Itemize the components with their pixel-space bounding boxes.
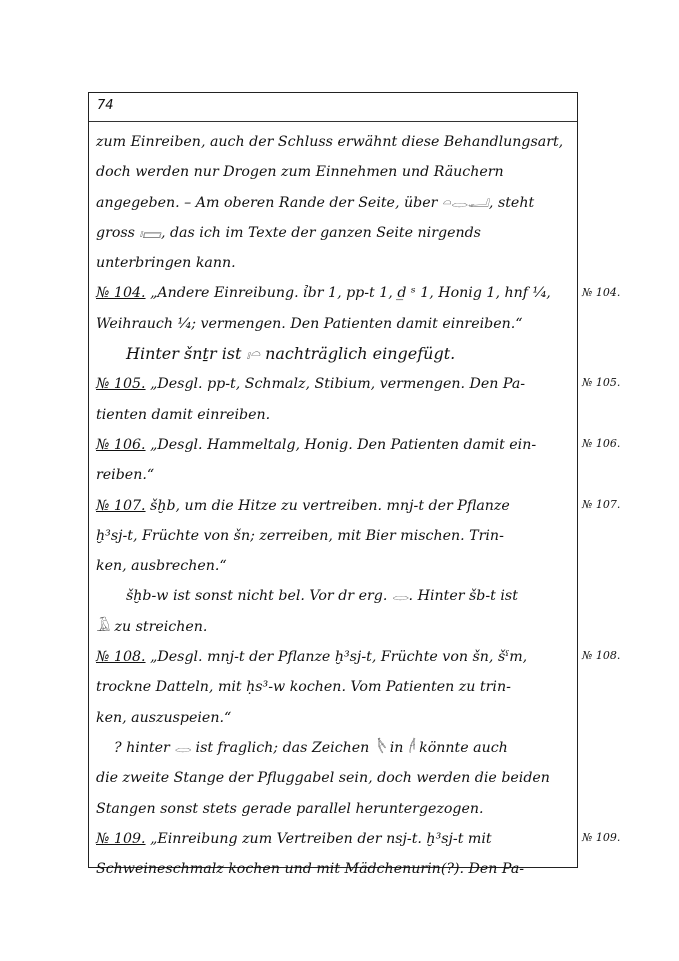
text-line: ? hinter 𓂋 ist fraglich; das Zeichen 𓌸 i… [96, 733, 573, 763]
text-line: 𓄿 zu streichen. [96, 612, 573, 642]
line-text: gross 𓏤𓈙, das ich im Texte der ganzen Se… [96, 225, 481, 241]
line-text: angegeben. – Am oberen Rande der Seite, … [96, 195, 534, 211]
entry-line: № 105. „Desgl. pp-t, Schmalz, Stibium, v… [96, 369, 573, 399]
line-text: „Desgl. pp-t, Schmalz, Stibium, vermenge… [146, 376, 526, 392]
text-line: Schweineschmalz kochen und mit Mädchenur… [96, 854, 573, 884]
line-text: ? hinter 𓂋 ist fraglich; das Zeichen 𓌸 i… [114, 740, 508, 756]
margin-entry-number: № 104. [582, 286, 620, 299]
entry-number: № 108. [96, 649, 146, 665]
margin-entry-number: № 105. [582, 376, 620, 389]
text-line: tienten damit einreiben. [96, 400, 573, 430]
text-line: doch werden nur Drogen zum Einnehmen und… [96, 157, 573, 187]
line-text: „Desgl. mnj-t der Pflanze ḫ³sj-t, Frücht… [146, 649, 528, 665]
margin-entry-number: № 107. [582, 498, 620, 511]
text-line: die zweite Stange der Pfluggabel sein, d… [96, 763, 573, 793]
text-line: Weihrauch ¹⁄₄; vermengen. Den Patienten … [96, 309, 573, 339]
entry-line: № 104. „Andere Einreibung. ỉbr 1, pp-t 1… [96, 278, 573, 308]
entry-line: № 106. „Desgl. Hammeltalg, Honig. Den Pa… [96, 430, 573, 460]
line-text: zum Einreiben, auch der Schluss erwähnt … [96, 134, 563, 150]
text-line: ken, auszuspeien.“ [96, 703, 573, 733]
line-text: „Einreibung zum Vertreiben der nsj-t. ḫ³… [146, 831, 492, 847]
line-text: 𓄿 zu streichen. [96, 619, 207, 635]
entry-number: № 105. [96, 376, 146, 392]
text-line: ḫ³sj-t, Früchte von šn; zerreiben, mit B… [96, 521, 573, 551]
page-header: 74 [89, 93, 577, 122]
line-text: unterbringen kann. [96, 255, 236, 271]
entry-number: № 106. [96, 437, 146, 453]
line-text: šḫb, um die Hitze zu vertreiben. mnj-t d… [146, 498, 510, 514]
entry-number: № 109. [96, 831, 146, 847]
text-line: trockne Datteln, mit ḥs³-w kochen. Vom P… [96, 672, 573, 702]
line-text: tienten damit einreiben. [96, 407, 270, 423]
text-line: Hinter šnṯr ist 𓏤𓏏 nachträglich eingefüg… [96, 339, 573, 369]
entry-line: № 108. „Desgl. mnj-t der Pflanze ḫ³sj-t,… [96, 642, 573, 672]
text-line: unterbringen kann. [96, 248, 573, 278]
text-line: angegeben. – Am oberen Rande der Seite, … [96, 188, 573, 218]
line-text: die zweite Stange der Pfluggabel sein, d… [96, 770, 550, 786]
page-text: zum Einreiben, auch der Schluss erwähnt … [96, 127, 573, 884]
entry-number: № 107. [96, 498, 146, 514]
line-text: „Desgl. Hammeltalg, Honig. Den Patienten… [146, 437, 537, 453]
margin-entry-number: № 109. [582, 831, 620, 844]
text-line: reiben.“ [96, 460, 573, 490]
page-number: 74 [97, 98, 114, 113]
line-text: ken, auszuspeien.“ [96, 710, 231, 726]
margin-entry-number: № 106. [582, 437, 620, 450]
line-text: Hinter šnṯr ist 𓏤𓏏 nachträglich eingefüg… [126, 344, 455, 363]
text-line: gross 𓏤𓈙, das ich im Texte der ganzen Se… [96, 218, 573, 248]
line-text: ḫ³sj-t, Früchte von šn; zerreiben, mit B… [96, 528, 504, 544]
text-line: ken, ausbrechen.“ [96, 551, 573, 581]
entry-line: № 109. „Einreibung zum Vertreiben der ns… [96, 824, 573, 854]
text-line: zum Einreiben, auch der Schluss erwähnt … [96, 127, 573, 157]
margin-entry-number: № 108. [582, 649, 620, 662]
text-line: Stangen sonst stets gerade parallel heru… [96, 794, 573, 824]
line-text: „Andere Einreibung. ỉbr 1, pp-t 1, d̲ ˢ … [146, 285, 551, 301]
entry-line: № 107. šḫb, um die Hitze zu vertreiben. … [96, 491, 573, 521]
entry-number: № 104. [96, 285, 146, 301]
line-text: šḫb-w ist sonst nicht bel. Vor dr erg. 𓂋… [126, 588, 518, 604]
line-text: doch werden nur Drogen zum Einnehmen und… [96, 164, 504, 180]
text-line: šḫb-w ist sonst nicht bel. Vor dr erg. 𓂋… [96, 581, 573, 611]
page-frame: 74 zum Einreiben, auch der Schluss erwäh… [88, 92, 578, 868]
line-text: Weihrauch ¹⁄₄; vermengen. Den Patienten … [96, 316, 523, 332]
line-text: Schweineschmalz kochen und mit Mädchenur… [96, 861, 524, 877]
line-text: trockne Datteln, mit ḥs³-w kochen. Vom P… [96, 679, 511, 695]
line-text: reiben.“ [96, 467, 154, 483]
line-text: Stangen sonst stets gerade parallel heru… [96, 801, 484, 817]
line-text: ken, ausbrechen.“ [96, 558, 227, 574]
